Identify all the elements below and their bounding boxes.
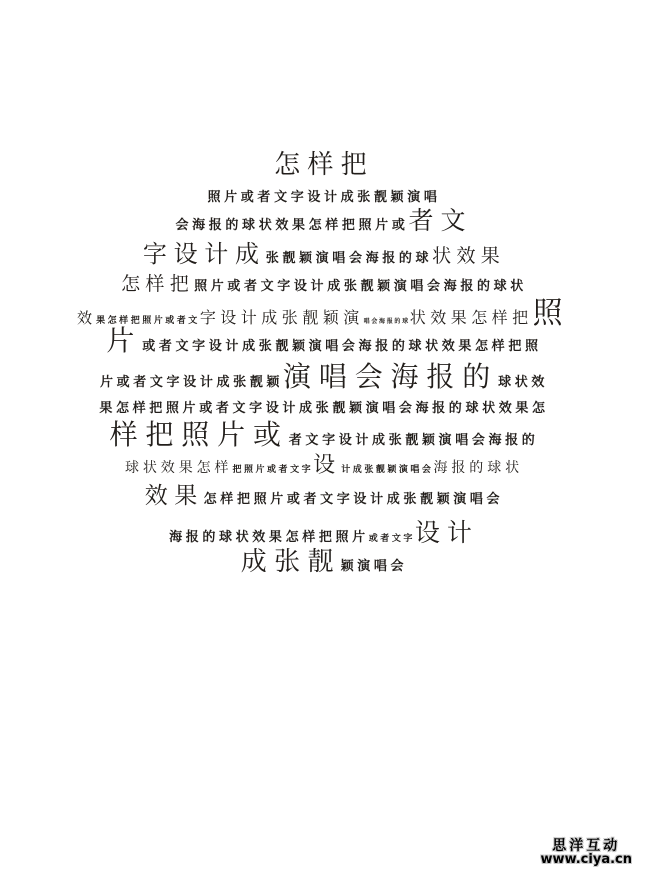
word-art-segment: 字设计成 [143,240,266,268]
word-art-line: 会海报的球状效果怎样把照片或者文 [0,208,648,233]
word-art-segment: 海报的球状效果怎样把照片 [169,530,369,545]
word-art-line: 效果怎样把照片或者文字设计成张靓颖演唱会海报的球状效果怎样把照 [0,299,648,329]
word-art-segment: 效 [77,309,96,327]
word-art-segment: 球状效果怎样 [125,460,233,476]
word-art-segment: 怎样把 [274,150,374,180]
word-art-segment: 设 [313,453,341,478]
word-art-segment: 怎样把 [121,273,194,295]
word-art-line: 片或者文字设计成张靓颖演唱会海报的球状效果怎样把照 [0,327,648,355]
page-canvas: 怎样把照片或者文字设计成张靓颖演唱会海报的球状效果怎样把照片或者文字设计成张靓颖… [0,0,660,877]
word-art-segment: 颖演唱会 [341,559,408,574]
word-art-line: 怎样把 [0,152,648,178]
word-art-segment: 状效果 [432,245,505,267]
word-art-segment: 把照片或者文字 [232,465,313,475]
word-art-segment: 会海报的球状效果怎样把照片或 [176,218,409,233]
word-art-segment: 唱会海报的球 [364,318,410,325]
page: { "page": { "background": "#ffffff", "te… [0,0,660,877]
word-art-segment: 果怎样把照片或者文字设计成张靓颖演唱会海报的球状效果怎 [99,401,548,416]
word-art-segment: 照片或者文字设计成张靓颖演唱 [208,190,441,205]
word-art-line: 照片或者文字设计成张靓颖演唱 [0,188,648,204]
word-art-segment: 演唱会海报的 [283,360,498,393]
word-art-segment: 张靓颖演唱会海报的球 [266,251,432,266]
word-art-segment: 计成张靓颖演唱会 [341,465,433,475]
word-art-segment: 成张靓 [241,547,341,577]
word-art-segment: 片或者文字设计成张靓颖 [100,375,283,390]
word-art-segment: 或者文字设计成张靓颖演唱会海报的球状效果怎样把照 [142,339,541,354]
word-art-line: 片或者文字设计成张靓颖演唱会海报的球状效 [0,363,648,391]
word-art-segment: 状效果怎样把 [410,308,533,327]
word-art-line: 怎样把照片或者文字设计成张靓颖演唱会海报的球状 [0,275,648,294]
word-art-segment: 照 [533,296,571,331]
watermark-brand: 思洋互动 [541,839,632,854]
word-art-line: 字设计成张靓颖演唱会海报的球状效果 [0,242,648,266]
watermark: 思洋互动 www.ciya.cn [541,839,632,867]
word-art-line: 果怎样把照片或者文字设计成张靓颖演唱会海报的球状效果怎 [0,399,648,415]
word-art-segment: 者文 [408,206,472,235]
word-art-segment: 设计 [415,518,479,547]
word-art-segment: 效果 [145,483,204,509]
word-art: 怎样把照片或者文字设计成张靓颖演唱会海报的球状效果怎样把照片或者文字设计成张靓颖… [0,0,648,877]
word-art-line: 海报的球状效果怎样把照片或者文字设计 [0,520,648,545]
word-art-segment: 或者文字 [369,534,415,544]
word-art-line: 效果怎样把照片或者文字设计成张靓颖演唱会 [0,485,648,508]
word-art-segment: 字设计成张靓颖演 [200,308,364,327]
word-art-segment: 海报的球状 [433,460,523,476]
word-art-segment: 球状效 [498,375,548,390]
word-art-line: 样把照片或者文字设计成张靓颖演唱会海报的 [0,421,648,449]
word-art-line: 球状效果怎样把照片或者文字设计成张靓颖演唱会海报的球状 [0,455,648,477]
watermark-url: www.ciya.cn [541,853,632,867]
word-art-segment: 者文字设计成张靓颖演唱会海报的 [289,433,539,448]
word-art-line: 成张靓颖演唱会 [0,549,648,575]
word-art-segment: 样把照片或 [110,418,289,451]
word-art-segment: 照片或者文字设计成张靓颖演唱会海报的球状 [194,279,527,294]
word-art-segment: 怎样把照片或者文字设计成张靓颖演唱会 [204,492,504,507]
word-art-segment: 片 [106,324,142,357]
